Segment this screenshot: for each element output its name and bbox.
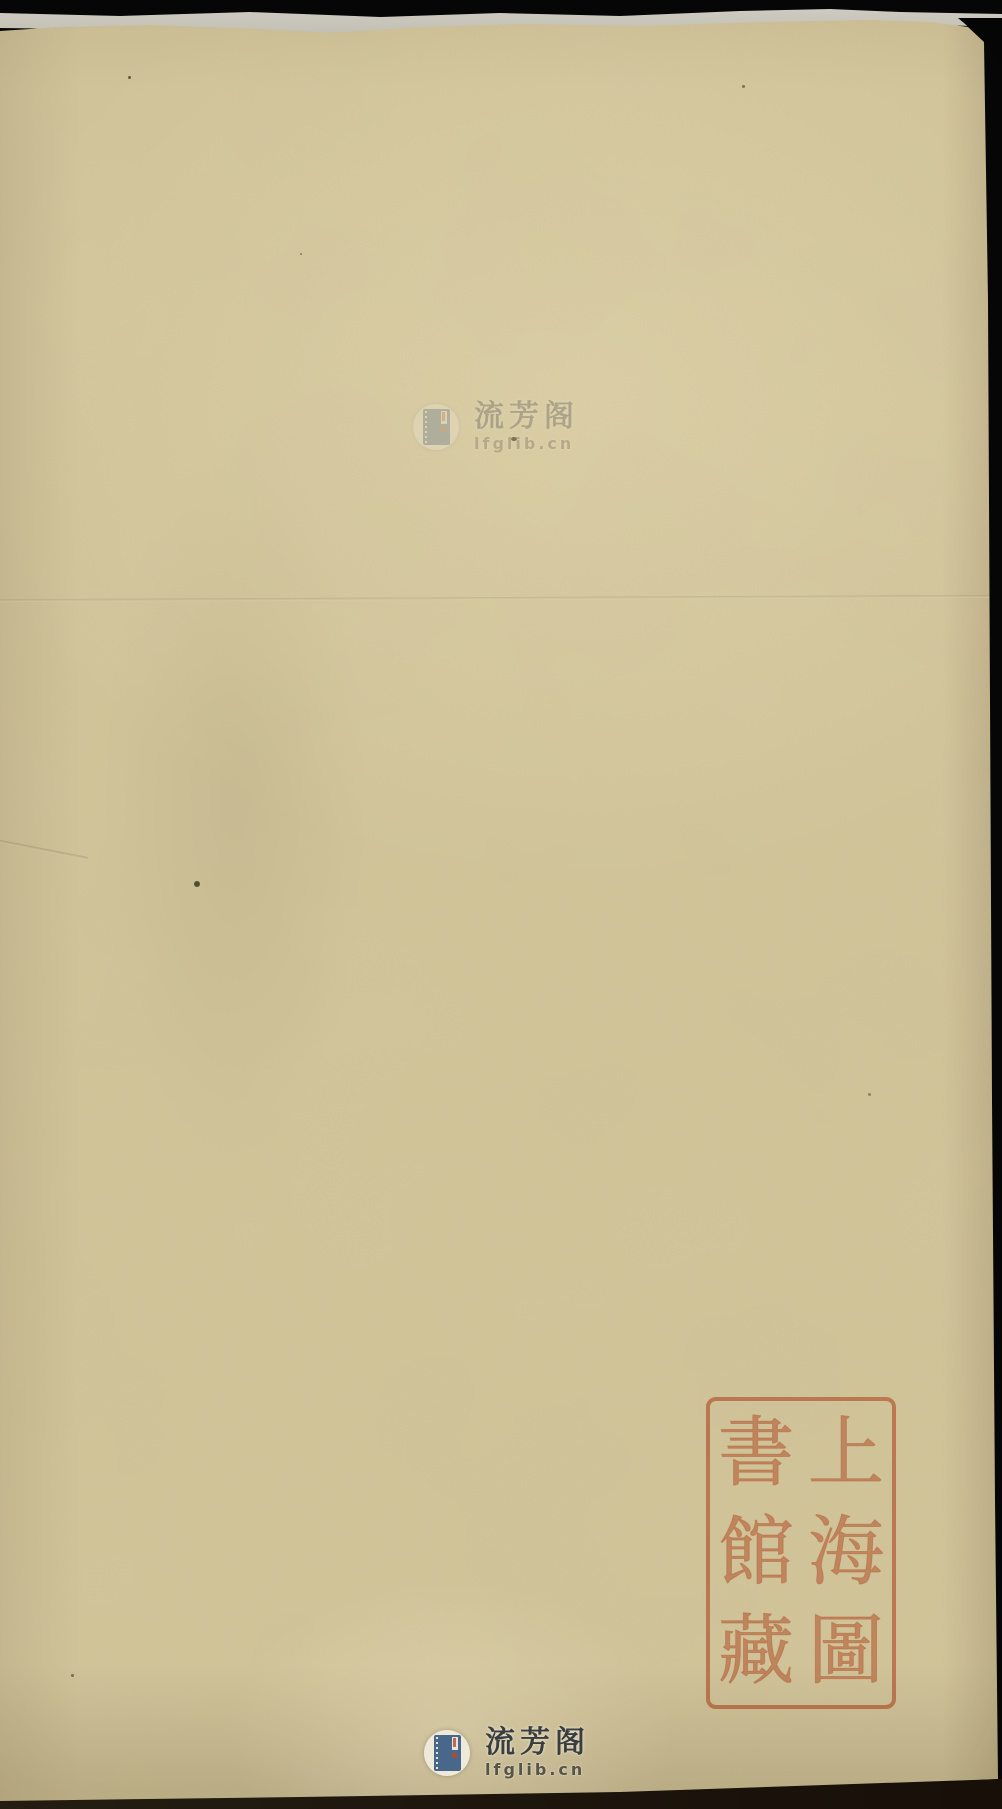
watermark-domain-text: lfglib.cn	[474, 436, 579, 452]
paper-speck	[71, 1674, 74, 1677]
paper-crease	[0, 595, 1002, 602]
watermark-bottom: 流芳阁 lfglib.cn	[424, 1728, 590, 1778]
thread-bound-book-icon	[413, 404, 459, 450]
seal-left-column: 書 館 藏	[712, 1403, 800, 1700]
watermark-center: 流芳阁 lfglib.cn	[413, 402, 579, 452]
seal-character: 海	[802, 1502, 890, 1601]
seal-character: 上	[802, 1403, 890, 1502]
watermark-domain-text: lfglib.cn	[485, 1762, 590, 1778]
paper-sheet: 流芳阁 lfglib.cn 上 海 圖 書 館 藏	[0, 0, 1002, 1809]
seal-right-column: 上 海 圖	[802, 1403, 890, 1700]
seal-character: 藏	[712, 1601, 800, 1700]
thread-bound-book-icon	[424, 1730, 470, 1776]
watermark-brand-text: 流芳阁	[485, 1728, 590, 1758]
seal-character: 圖	[802, 1601, 890, 1700]
paper-speck	[194, 881, 200, 887]
library-collection-seal: 上 海 圖 書 館 藏	[706, 1397, 896, 1709]
paper-speck	[300, 253, 302, 255]
seal-character: 館	[712, 1502, 800, 1601]
paper-speck	[128, 76, 131, 79]
seal-character: 書	[712, 1403, 800, 1502]
scanned-book-page: 流芳阁 lfglib.cn 上 海 圖 書 館 藏	[0, 0, 1002, 1809]
watermark-brand-text: 流芳阁	[474, 402, 579, 432]
paper-speck	[868, 1093, 871, 1096]
paper-crease	[0, 839, 88, 860]
paper-speck	[742, 85, 745, 88]
